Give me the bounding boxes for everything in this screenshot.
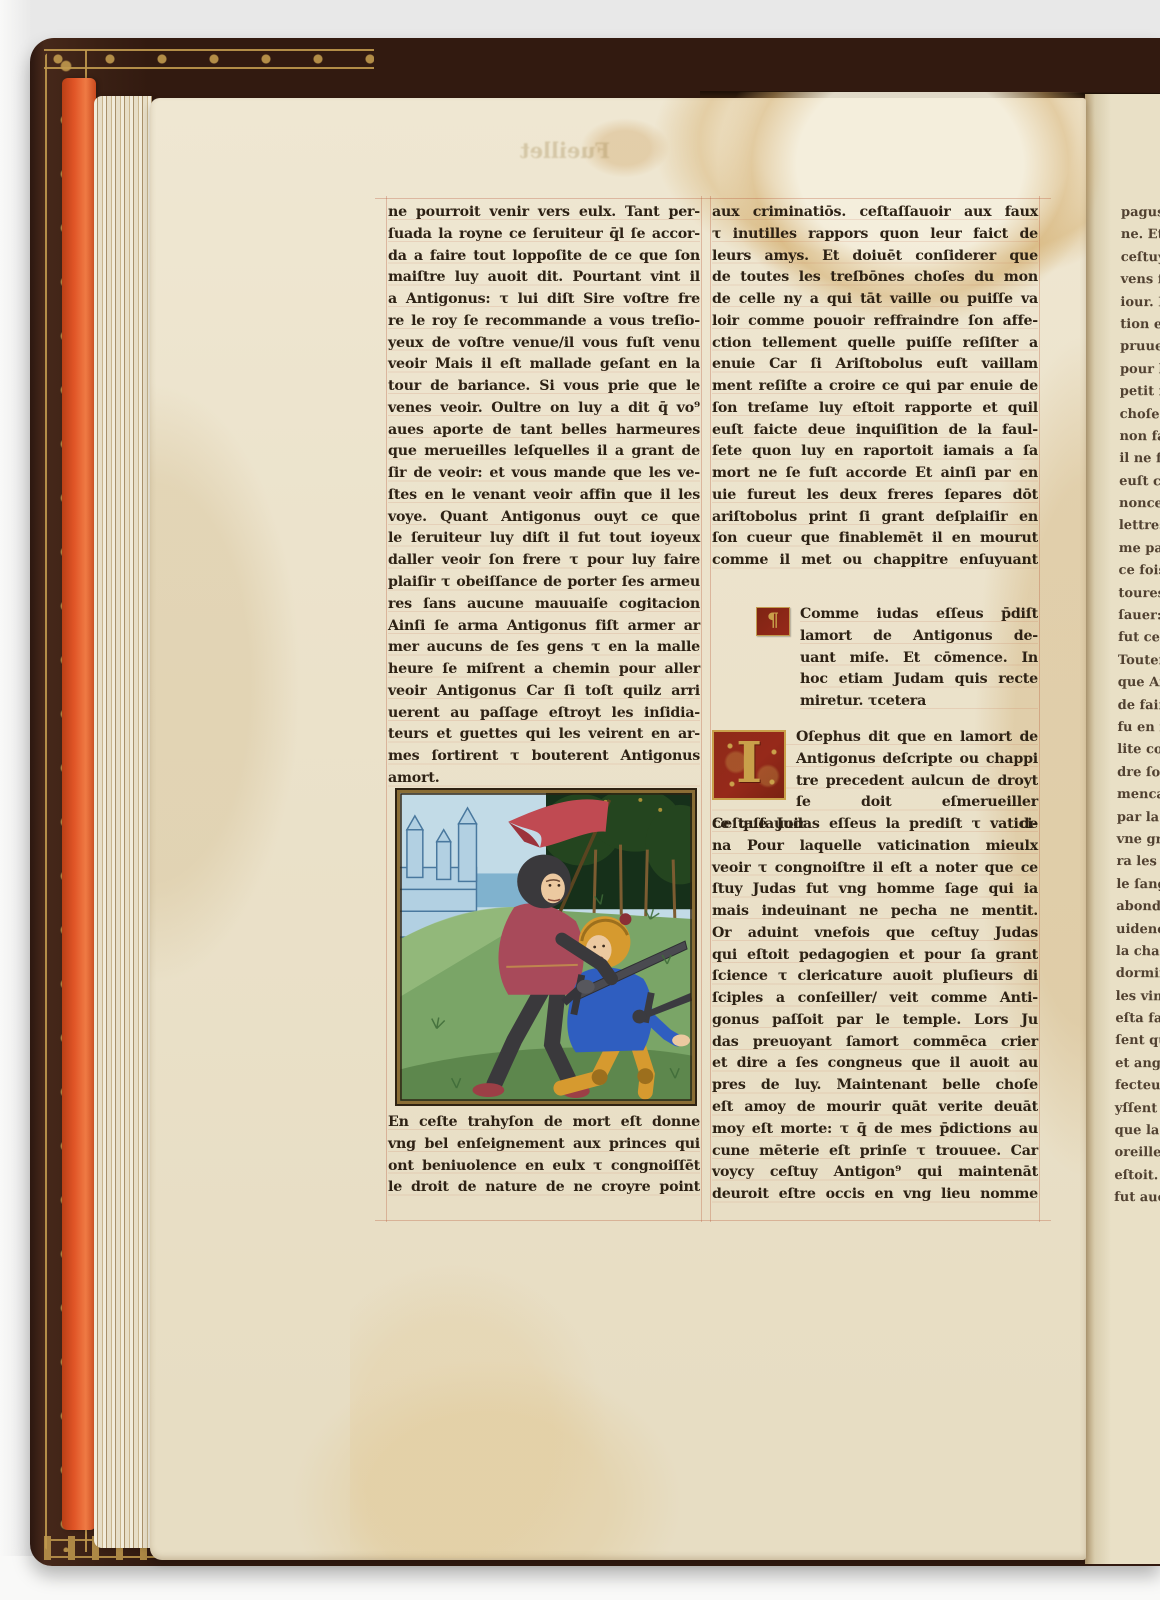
text-line: le droit de nature de ne croyre point [388,1177,700,1199]
text-line: uant miſe. Et cōmence. In [800,648,1038,670]
text-line: ra les entr [1116,851,1158,874]
text-line: ſciples a conſeiller/ veit comme Anti- [712,988,1038,1010]
text-paragraph-josephus: I Oſephus dit que en lamort deAntigonus … [712,727,1038,1206]
text-line: comme il met ou chappitre enſuyuant [712,550,1038,572]
text-line: ſent que ler [1115,1030,1157,1053]
text-line: toures eſtoi [1118,583,1160,606]
text-line: pagus ſu [1121,202,1160,225]
text-line: veoir Antigonus Car ſi toſt quilz arri [388,681,700,703]
text-line: ſtes en le venant veoir affin que il les [388,485,700,507]
manuscript-photo: pagus ſune. Et cceſtuyvens ſiiour. Ltion… [0,0,1160,1600]
text-line: leurs amys. Et doiuēt conſiderer que [712,246,1038,268]
text-line: na Pour laquelle vaticination mieulx [712,836,1038,858]
text-line: ſir de veoir: et vous mande que les ve- [388,463,700,485]
gold-tooling-top [44,46,374,72]
text-line: par la vehe [1117,807,1159,830]
text-line: petit ſoit [1120,381,1160,404]
text-line: eſta fait le r [1115,1008,1157,1031]
text-line: Or aduint vnefois que ceſtuy Judas [712,923,1038,945]
text-line: teurs et guettes qui les veirent en ar- [388,724,700,746]
text-line: choſe: et qu [1120,403,1160,426]
text-line: mes ſortirent τ bouterent Antigonus [388,746,700,768]
fanned-page-edges [94,96,152,1548]
text-column-left: ne pourroit venir vers eulx. Tant per-ſu… [388,202,700,790]
photo-backdrop [0,0,32,1600]
text-line: ne pourroit venir vers eulx. Tant per- [388,202,700,224]
text-line: ont beniuolence en eulx τ congnoiſſēt [388,1156,700,1178]
chapter-heading: Comme iudas eſſeus p̄diſtlamort de Antig… [800,604,1038,713]
text-line: maiſtre luy auoit dit. Pourtant vint il [388,267,700,289]
text-line: uidence vo [1116,918,1158,941]
text-line: nonce que [1119,493,1160,516]
text-line: ſtuy Judas fut vng homme ſage qui ia [712,879,1038,901]
text-line: Touteffoi [1118,650,1160,673]
text-line: iour. L [1120,292,1160,315]
text-line: que merueilles leſquelles il a grant de [388,441,700,463]
text-line: yeux de voſtre venue/il vous fuſt venu [388,333,700,355]
text-line: ceſtuy [1121,247,1160,270]
text-line: ariſtobolus print ſi grant deſplaiſir en [712,507,1038,529]
text-line: uerent au paſſage eſtroyt les inſidia- [388,703,700,725]
text-line: que Ariſt [1118,672,1160,695]
text-line: que la clam [1115,1120,1157,1143]
text-column-right: aux criminatiōs. ceſtaſſauoir aux fauxτ … [712,202,1038,572]
text-line: tour de bariance. Si vous prie que le [388,376,700,398]
text-line: enuie Car ſi Ariſtobolus euſt vaillam [712,354,1038,376]
text-line: mer aucuns de ſes gens τ en la malle [388,637,700,659]
caption-text: En ceſte trahyſon de mort eſt donnevng b… [388,1112,700,1199]
text-line: Comme iudas eſſeus p̄diſt [800,604,1038,626]
text-line: ſuada la royne ce ſeruiteur q̄l ſe accor… [388,224,700,246]
text-line: ſcience τ clericature auoit pluſieurs di [712,966,1038,988]
text-line: daller veoir ſon frere τ pour luy faire [388,550,700,572]
text-line: res ſans aucune mauuaiſe cogitacion [388,594,700,616]
text-line: loir comme pouoir reffraindre ſon affe- [712,311,1038,333]
text-line: mort ne ſe fuſt accorde Et ainſi par en [712,463,1038,485]
text-line: amort. [388,768,700,790]
illuminated-initial: I [712,730,786,800]
ruling-line [375,1220,1051,1221]
text-line: τ inutilles rappors quon leur faict de [712,224,1038,246]
text-line: mais indeuinant ne pecha ne mentit. [712,901,1038,923]
text-line: moy eſt morte: τ q̄ de mes p̄dictions au [712,1119,1038,1141]
ruling-line [386,196,387,1222]
text-line: pruue [1120,336,1160,359]
text-line: eſtoit. et on [1114,1165,1156,1188]
text-line: le ſang vo [1116,874,1158,897]
silk-endleaf [62,78,96,1530]
text-line: das preuoyant ſamort commēca crier [712,1032,1038,1054]
text-line: aues aporte de tant belles harmeures [388,420,700,442]
text-line: miretur. τcetera [800,691,1038,713]
text-line: cune mēterie eſt prinſe τ trouuee. Car [712,1141,1038,1163]
text-line: qui eſtoit pedagogien et pour ſa grant [712,945,1038,967]
text-line: ſauer: τ lau [1118,605,1160,628]
text-line: gonus paſſoit par le temple. Lors Ju [712,1010,1038,1032]
text-line: ment reſiſte a croire ce qui par enuie d… [712,376,1038,398]
ruling-line [375,198,1051,199]
text-line: En ceſte trahyſon de mort eſt donne [388,1112,700,1134]
facing-page: pagus ſune. Et cceſtuyvens ſiiour. Ltion… [1085,94,1160,1564]
ghost-running-head: Fueillet [480,138,650,172]
text-line: plaiſir τ obeiſſance de porter ſes armeu [388,572,700,594]
text-line: Ainſi ſe arma Antigonus fiſt armer ar [388,616,700,638]
manuscript-page: Fueillet ne pourroit venir vers eulx. Ta… [150,98,1086,1560]
text-line: ſete quon luy en raportoit iamais a ſa [712,441,1038,463]
text-line: il ne failly [1119,448,1160,471]
text-line: eſt amoy de mourir quāt verite deuāt [712,1097,1038,1119]
text-line: euſt ce doit ſ [1119,471,1160,494]
text-line: voycy ceſtuy Antigon⁹ qui maintenāt [712,1162,1038,1184]
text-line: de celle ny a qui tāt vaille ou puiſſe v… [712,289,1038,311]
text-line: vne grieſu [1117,829,1159,852]
text-line: vng bel enſeignement aux princes qui [388,1134,700,1156]
text-line: abondance [1116,896,1158,919]
ruling-line [710,196,711,1222]
text-line: yſſent a de [1115,1098,1157,1121]
text-line: dre ſon cue [1117,762,1159,785]
text-line: heure ſe miſrent a chemin pour aller [388,659,700,681]
text-line: deuroit eſtre occis en vng lieu nomme [712,1184,1038,1206]
text-line: et dire a ſes congneus que il auoit au [712,1053,1038,1075]
text-line: vens ſi [1121,269,1160,292]
ruling-line [1039,196,1040,1222]
text-line: les vin ence [1116,986,1158,1009]
text-line: euſt faicte deue inquiſition de la faul- [712,420,1038,442]
waterstain-bottom-left [350,1258,610,1558]
text-line: hoc etiam Judam quis recte [800,669,1038,691]
text-line: ce que Judas eſſeus la prediſt τ vatici- [712,814,1038,836]
text-line: venes veoir. Oultre on luy a dit q̄ vo⁹ [388,398,700,420]
text-line: lamort de Antigonus de- [800,626,1038,648]
text-line: da a faire tout loppoſite de ce que ſon [388,246,700,268]
text-line: ſon treſame luy eſtoit rapporte et quil [712,398,1038,420]
text-line: et angſe e [1115,1053,1157,1076]
text-line: de faire occ [1118,695,1160,718]
text-line: fut ce qui [1118,627,1160,650]
text-line: ction tellement quelle puiſſe reſiſter a [712,333,1038,355]
text-line: oreilles du [1114,1142,1156,1165]
text-line: veoir τ congnoiſtre il eſt a noter que c… [712,858,1038,880]
text-line: voye. Quant Antigonus ouyt ce que [388,507,700,529]
text-line: ne. Et c [1121,224,1160,247]
text-line: la chambre [1116,941,1158,964]
text-line: tion et [1120,314,1160,337]
text-line: ſon cueur que finablemēt il en mourut [712,528,1038,550]
text-line: ce fois que [1118,560,1160,583]
text-line: lettres que [1119,515,1160,538]
text-line: menca a pl [1117,784,1159,807]
text-line: pres de luy. Maintenant belle choſe [712,1075,1038,1097]
text-line: le ſeruiteur luy diſt il fut tout ioyeux [388,528,700,550]
text-line: a Antigonus: τ lui diſt Sire voſtre fre [388,289,700,311]
ruling-line [701,196,702,1222]
text-line: fut auoit [1114,1187,1156,1210]
facing-page-text: pagus ſune. Et cceſtuyvens ſiiour. Ltion… [1085,94,1160,1210]
miniature-assassination-of-antigonus [395,788,697,1106]
text-line: dormiſoit f [1116,963,1158,986]
text-line: aux criminatiōs. ceſtaſſauoir aux faux [712,202,1038,224]
text-line: veoir Mais il eſt mallade geſant en la [388,354,700,376]
text-line: de toutes les treſbōnes choſes du mon [712,267,1038,289]
text-line: non failly [1119,426,1160,449]
rubric-paragraph-mark: ¶ [756,607,790,636]
text-line: lite cogit [1117,739,1159,762]
text-line: me pagus [1119,538,1160,561]
text-line: fecteur fu [1115,1075,1157,1098]
text-line: uie fureut les deux freres ſepares dōt [712,485,1038,507]
text-line: pour le [1120,359,1160,382]
text-line: re le roy ſe recommande a vous treſio- [388,311,700,333]
text-line: fu en ſon cu [1117,717,1159,740]
